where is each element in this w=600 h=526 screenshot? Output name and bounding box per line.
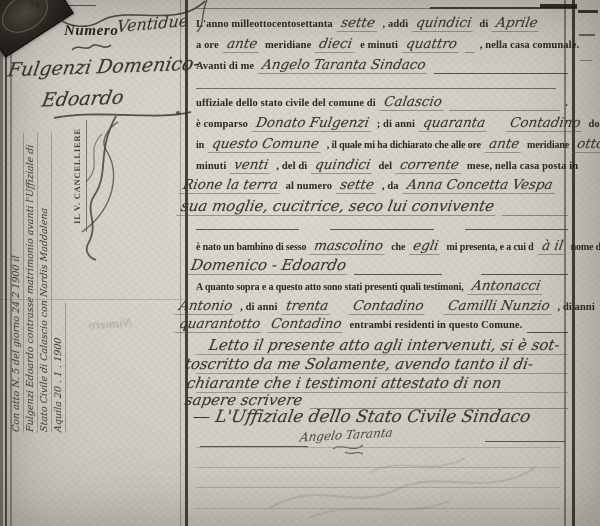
line-year-date: L'anno milleottocentosettanta sette , ad… bbox=[196, 16, 568, 32]
hand-meridian-value: ante bbox=[222, 37, 261, 53]
line-official: Avanti di me Angelo Taranta Sindaco bbox=[196, 58, 568, 74]
hand-gives-value: à il bbox=[537, 239, 567, 255]
hand-witness1-age: trenta bbox=[281, 299, 332, 315]
hand-presenter-value: egli bbox=[409, 239, 443, 255]
hand-domicile-value: questo Comune bbox=[208, 137, 324, 153]
hand-witness1-firstname: Antonio bbox=[175, 299, 237, 315]
line-child-sex: è nato un bambino di sesso mascolino che… bbox=[196, 239, 568, 255]
hand-declarant-occupation: Contadino bbox=[506, 116, 585, 132]
margin-annotation-line3: Stato Civile di Calascio con Nardis Madd… bbox=[38, 131, 52, 432]
line-birth-day: minuti venti , del dì quindici del corre… bbox=[196, 158, 568, 174]
printed-domiciled-label: domiciliat- bbox=[588, 119, 600, 131]
hand-closing-2: toscritto da me Solamente, avendo tanto … bbox=[181, 356, 538, 373]
closing-line-2: toscritto da me Solamente, avendo tanto … bbox=[196, 356, 568, 374]
hand-month-value: Aprile bbox=[492, 16, 542, 32]
right-border-line-outer bbox=[572, 0, 575, 526]
line-witnesses-residence: quarantotto Contadino entrambi residenti… bbox=[196, 317, 568, 333]
hand-house-number: sette bbox=[336, 178, 379, 194]
margin-separator-line-thin bbox=[180, 0, 181, 526]
printed-appeared-label: è comparso bbox=[196, 119, 248, 131]
printed-townhall-label: , nella casa comunale. bbox=[480, 40, 579, 52]
hand-birth-meridian: ante bbox=[484, 137, 523, 153]
hand-officiant-title: — L'Uffiziale dello Stato Civile Sindaco bbox=[188, 408, 535, 427]
hand-birth-address: Rione la terra bbox=[179, 178, 282, 194]
cancelliere-signature bbox=[74, 110, 130, 265]
blank-rule bbox=[434, 63, 568, 74]
margin-name-line1: Fulgenzi Domenico- bbox=[6, 53, 202, 82]
edge-dash-1 bbox=[578, 10, 598, 13]
pen-flourish-icon bbox=[55, 0, 215, 36]
hand-mother-relation: sua moglie, cucitrice, seco lui conviven… bbox=[176, 198, 498, 216]
printed-age-label2: , di anni bbox=[240, 302, 277, 314]
hand-witness2-name: Camilli Nunzio bbox=[444, 299, 554, 315]
page-edge-shadow bbox=[0, 0, 3, 526]
blank-rule bbox=[465, 42, 475, 53]
printed-that-label: che bbox=[391, 242, 405, 253]
hand-birth-month: corrente bbox=[396, 158, 463, 174]
blank-rule bbox=[502, 205, 568, 216]
printed-born-label: è nato un bambino di sesso bbox=[196, 242, 306, 253]
hand-declarant-name: Donato Fulgenzi bbox=[252, 116, 373, 132]
edge-dash-2 bbox=[579, 34, 595, 36]
line-witnesses-names: Antonio , di anni trenta Contadino Camil… bbox=[196, 299, 568, 315]
line-time: a ore ante meridiane dieci e minuti quat… bbox=[196, 37, 568, 53]
hand-witness2-occupation: Contadino bbox=[267, 317, 346, 333]
hand-closing-3: chiarante che i testimoni attestato di n… bbox=[183, 375, 506, 392]
hand-birth-hour: otto bbox=[573, 137, 600, 153]
hand-minutes-value: quattro bbox=[402, 37, 462, 53]
line-mother-detail: sua moglie, cucitrice, seco lui conviven… bbox=[196, 198, 568, 216]
margin-annotation: Con atto N. 5 del giorno 24 2 1900 il Fu… bbox=[10, 132, 64, 432]
margin-annotation-line4: Aquila 20 . 1 . 1900 bbox=[52, 301, 66, 432]
printed-before-me-label: Avanti di me bbox=[196, 61, 254, 73]
blank-rule bbox=[527, 322, 568, 333]
hand-witness1-surname: Antonacci bbox=[467, 279, 544, 295]
hand-hour-value: dieci bbox=[315, 37, 357, 53]
blank-rule bbox=[481, 264, 569, 275]
line-officiant-title: — L'Uffiziale dello Stato Civile Sindaco bbox=[196, 408, 568, 427]
printed-in-label: in bbox=[196, 140, 204, 151]
closing-line-3: chiarante che i testimoni attestato di n… bbox=[196, 375, 568, 393]
hand-day-value: quindici bbox=[412, 16, 476, 32]
hand-mother-name: Anna Concetta Vespa bbox=[402, 178, 556, 194]
margin-annotation-line2: Fulgenzi Edoardo contrasse matrimonio av… bbox=[24, 131, 38, 432]
printed-period: . bbox=[565, 98, 568, 110]
printed-age-label3: , di anni bbox=[558, 302, 595, 314]
hand-birth-day: quindici bbox=[311, 158, 375, 174]
ghost-bleed-text: Numero bbox=[88, 315, 133, 333]
line-birth-place: Rione la terra al numero sette , da Anna… bbox=[196, 178, 568, 194]
line-declarant: è comparso Donato Fulgenzi ; di anni qua… bbox=[196, 116, 568, 132]
line-witnesses-intro: A quanto sopra e a questo atto sono stat… bbox=[196, 279, 568, 295]
hand-comune-value: Calascio bbox=[379, 95, 445, 111]
printed-day-label: , addì bbox=[383, 19, 409, 31]
squiggle-icon bbox=[70, 41, 114, 54]
hand-witness2-age: quarantotto bbox=[175, 317, 265, 333]
blank-rule bbox=[465, 219, 568, 230]
hand-year-value: sette bbox=[336, 16, 379, 32]
printed-meridian-label2: meridiane bbox=[527, 140, 569, 151]
printed-witnesses-label: A quanto sopra e a questo atto sono stat… bbox=[196, 282, 464, 293]
hand-birth-minutes: venti bbox=[230, 158, 273, 174]
hand-witness1-occupation: Contadino bbox=[348, 299, 427, 315]
signature-rule-right bbox=[485, 441, 565, 442]
blank-rule bbox=[330, 219, 433, 230]
printed-by-label: , da bbox=[382, 181, 399, 193]
printed-presents-label: mi presenta, e a cui d bbox=[447, 242, 534, 253]
hand-official-name: Angelo Taranta Sindaco bbox=[258, 58, 430, 74]
printed-hour-label: a ore bbox=[196, 40, 219, 52]
blank-rule bbox=[196, 219, 299, 230]
hand-closing-1: Letto il presente atto agli intervenuti,… bbox=[205, 337, 565, 354]
sheet-number: 78 bbox=[30, 0, 40, 10]
printed-of-label: di bbox=[479, 19, 488, 31]
printed-minutes-label2: minuti bbox=[196, 161, 226, 173]
hand-declarant-age: quaranta bbox=[419, 116, 490, 132]
printed-meridian-label: meridiane bbox=[265, 40, 311, 52]
printed-name-of-label: nome di bbox=[571, 242, 600, 253]
blank-rule-row bbox=[196, 219, 568, 230]
printed-on-day-label: , del dì bbox=[276, 161, 307, 173]
printed-declared-label: , il quale mi ha dichiarato che alle ore bbox=[327, 140, 481, 151]
hand-sex-value: mascolino bbox=[310, 239, 388, 255]
printed-of-label2: del bbox=[378, 161, 392, 173]
line-declaration: in questo Comune , il quale mi ha dichia… bbox=[196, 137, 568, 153]
blank-rule bbox=[449, 100, 560, 111]
printed-number-label: al numero bbox=[286, 181, 333, 193]
margin-annotation-line1: Con atto N. 5 del giorno 24 2 1900 il bbox=[10, 131, 24, 432]
blank-ruled-line bbox=[196, 88, 556, 89]
line-child-name: Domenico - Edoardo bbox=[196, 257, 568, 275]
printed-house-label: mese, nella casa posta in bbox=[467, 161, 578, 173]
hand-child-name: Domenico - Edoardo bbox=[186, 257, 350, 275]
edge-dash-3 bbox=[580, 60, 592, 61]
printed-age-label: ; di anni bbox=[377, 119, 415, 131]
civil-register-page: 78 Numero Ventidue Fulgenzi Domenico- Ed… bbox=[0, 0, 600, 526]
line-comune: uffiziale dello stato civile del comune … bbox=[196, 95, 568, 111]
top-border-line bbox=[196, 8, 430, 9]
top-right-corner-mark bbox=[540, 4, 577, 8]
closing-line-1: Letto il presente atto agli intervenuti,… bbox=[196, 337, 568, 355]
printed-minutes-label: e minuti bbox=[360, 40, 398, 52]
printed-year-label: L'anno milleottocentosettanta bbox=[196, 19, 333, 31]
printed-official-title: uffiziale dello stato civile del comune … bbox=[196, 98, 376, 110]
printed-residents-label: entrambi residenti in questo Comune. bbox=[350, 320, 523, 332]
blank-rule bbox=[354, 264, 442, 275]
bleed-through-marks bbox=[250, 443, 550, 523]
